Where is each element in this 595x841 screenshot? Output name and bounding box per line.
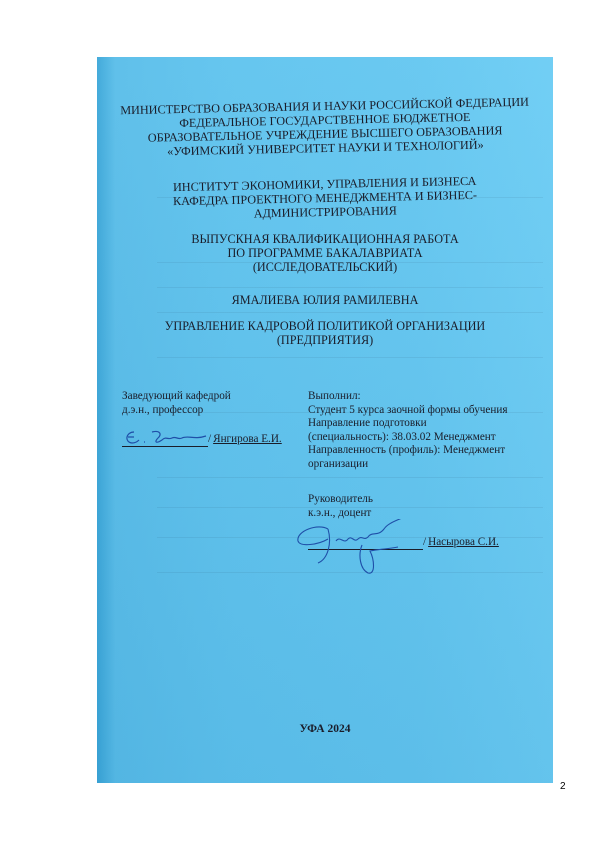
title-line: УПРАВЛЕНИЕ КАДРОВОЙ ПОЛИТИКОЙ ОРГАНИЗАЦИ…	[97, 319, 553, 333]
work-type-line: ПО ПРОГРАММЕ БАКАЛАВРИАТА	[97, 246, 553, 260]
author-name: ЯМАЛИЕВА ЮЛИЯ РАМИЛЕВНА	[97, 293, 553, 307]
ministry-header: МИНИСТЕРСТВО ОБРАЗОВАНИЯ И НАУКИ РОССИЙС…	[97, 94, 553, 160]
supervisor-block: Руководитель к.э.н., доцент / Насырова С…	[308, 493, 499, 550]
head-of-department-block: Заведующий кафедрой д.э.н., профессор / …	[122, 390, 282, 447]
author-text: ЯМАЛИЕВА ЮЛИЯ РАМИЛЕВНА	[97, 293, 553, 307]
signature-line	[122, 446, 208, 447]
document-photo: МИНИСТЕРСТВО ОБРАЗОВАНИЯ И НАУКИ РОССИЙС…	[97, 57, 553, 783]
performer-label: Выполнил:	[308, 390, 508, 404]
head-role: Заведующий кафедрой	[122, 390, 282, 404]
performer-line: Направленность (профиль): Менеджмент	[308, 444, 508, 458]
page-number: 2	[560, 781, 566, 792]
performer-line: (специальность): 38.03.02 Менеджмент	[308, 431, 508, 445]
signature-icon	[288, 519, 418, 579]
head-name: Янгирова Е.И.	[213, 433, 282, 447]
performer-block: Выполнил: Студент 5 курса заочной формы …	[308, 390, 508, 471]
title-line: (ПРЕДПРИЯТИЯ)	[97, 333, 553, 347]
supervisor-name: Насырова С.И.	[428, 536, 499, 550]
city-year: УФА 2024	[97, 723, 553, 735]
work-type-line: ВЫПУСКНАЯ КВАЛИФИКАЦИОННАЯ РАБОТА	[97, 232, 553, 246]
thesis-title: УПРАВЛЕНИЕ КАДРОВОЙ ПОЛИТИКОЙ ОРГАНИЗАЦИ…	[97, 319, 553, 347]
signature-line	[308, 549, 423, 550]
work-type-block: ВЫПУСКНАЯ КВАЛИФИКАЦИОННАЯ РАБОТА ПО ПРО…	[97, 232, 553, 274]
supervisor-role: Руководитель	[308, 493, 499, 507]
performer-line: Студент 5 курса заочной формы обучения	[308, 404, 508, 418]
signature-icon	[122, 426, 208, 450]
institute-block: ИНСТИТУТ ЭКОНОМИКИ, УПРАВЛЕНИЯ И БИЗНЕСА…	[97, 172, 553, 224]
performer-line: Направление подготовки	[308, 417, 508, 431]
work-type-line: (ИССЛЕДОВАТЕЛЬСКИЙ)	[97, 260, 553, 274]
performer-line: организации	[308, 458, 508, 472]
head-degree: д.э.н., профессор	[122, 404, 282, 418]
